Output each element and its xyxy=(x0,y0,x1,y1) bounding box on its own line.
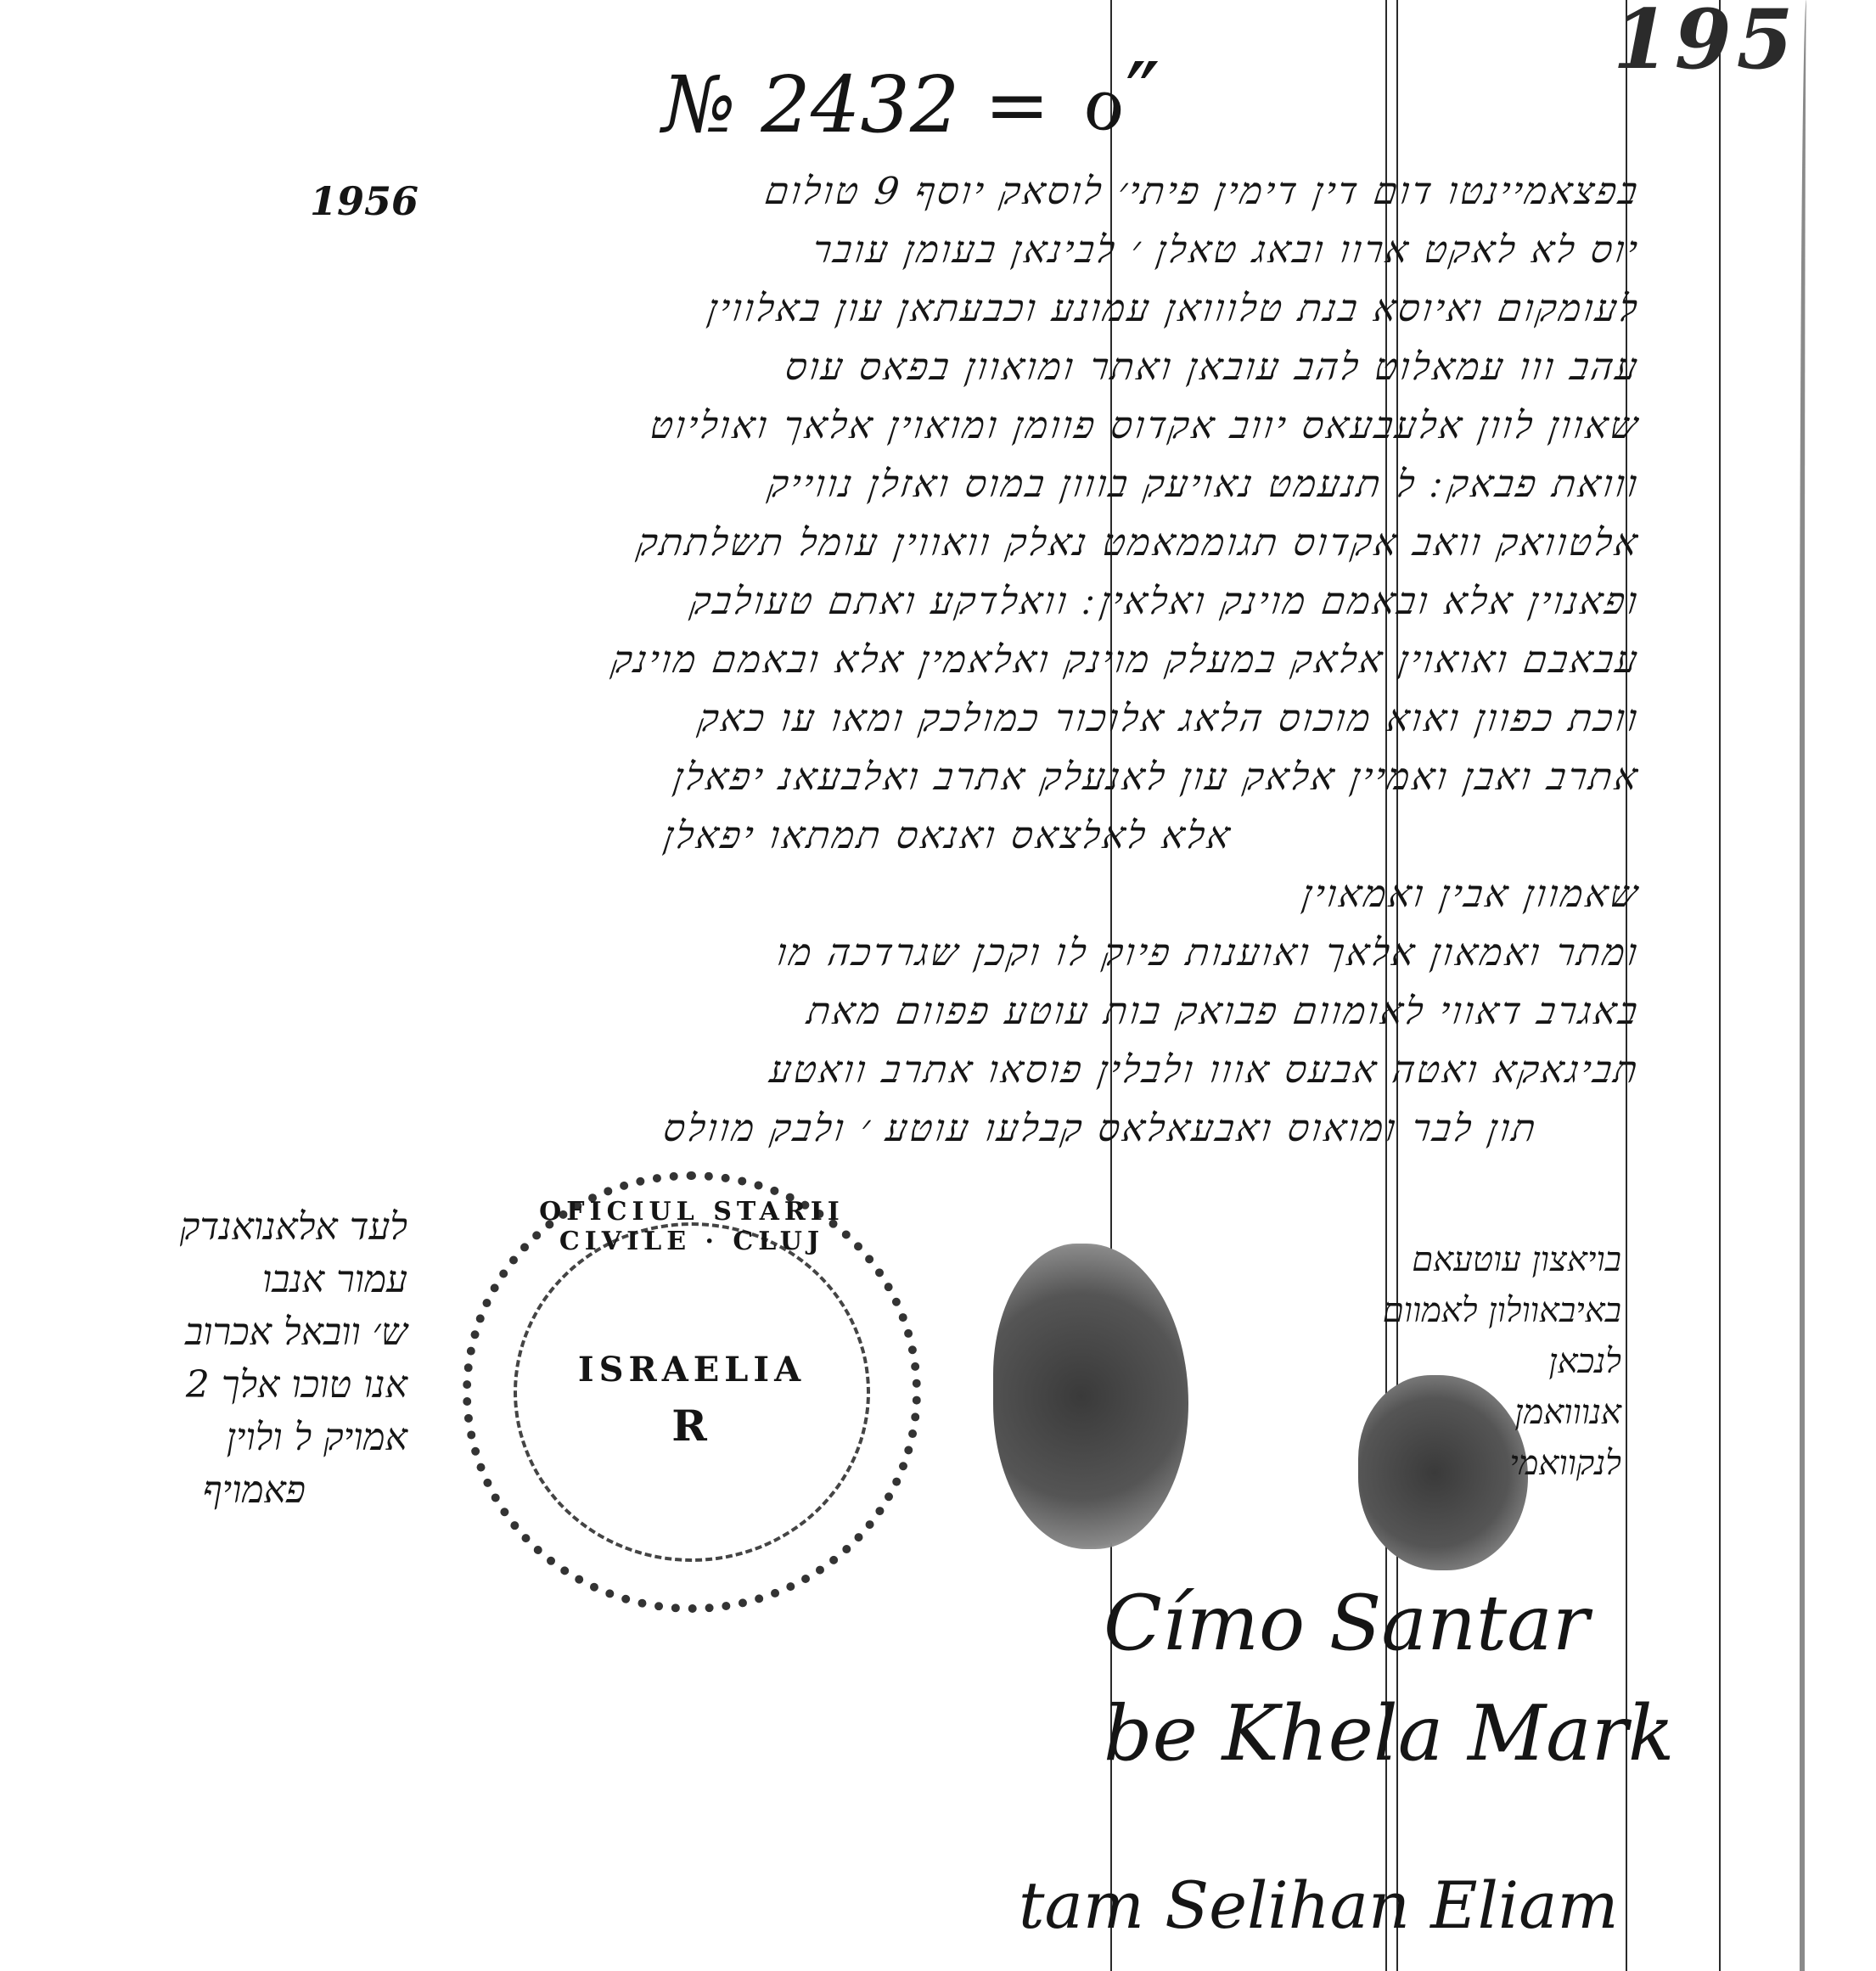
body-line: יוס לא לאקט ארוו ובאג טאלן ׳ לבינאן בעומ… xyxy=(335,228,1643,287)
left-signatures: לעד אלאנואנדק עמור אנבו ש׳ וובאל אכרוב א… xyxy=(51,1205,407,1521)
signature-line: ש׳ וובאל אכרוב xyxy=(51,1311,407,1363)
signature-line: פאמויף xyxy=(51,1468,407,1521)
body-line: תון לבר ומואוס ואבעאלאס קבלעו עוטע ׳ ולב… xyxy=(335,1107,1643,1165)
body-line: ופאנוין אלא ובאמם מוינק ואלאין ׃ וואלדקע… xyxy=(335,580,1643,638)
body-line: עבאבם ואואוין אלאק במעלק מוינק ואלאמין א… xyxy=(335,638,1643,697)
body-line: אלא לאלצאס ואנאס תמתאו יפאלן xyxy=(335,814,1643,873)
body-line: עהב ווו עמאלוט להב עובאן ואתר ומואוון בפ… xyxy=(335,345,1643,404)
body-line: תביגאקא ואטה אבעס אווו ולבלין פוסאו אתרב… xyxy=(335,1048,1643,1107)
signature-line: אנו טוכו אלך 2 xyxy=(51,1363,407,1416)
page-edge xyxy=(1800,0,1817,1971)
signature-line: לעד אלאנואנדק xyxy=(51,1205,407,1258)
body-line: ווכת כפוון ואוא מוכוס הלאג אלוכור כמולכק… xyxy=(335,697,1643,755)
margin-rule xyxy=(1719,0,1721,1971)
body-line: אלטוואק וואב אקדוס תגוממאמט נאלק וואווין… xyxy=(335,521,1643,580)
signature-line: אנווואמן xyxy=(1180,1392,1621,1443)
body-line: ווואת פבאק ׃ ל תנעמט נאויעק בווון במוס ו… xyxy=(335,463,1643,521)
latin-signature: tam Selihan Eliam xyxy=(1019,1867,1619,1943)
body-line: שאמוון אבין ואמאוין xyxy=(335,873,1643,931)
body-line: אתרב ואבן ואמיין אלאק עון לאנעלק אתרב וא… xyxy=(335,755,1643,814)
body-line: באגרב דאווי לאומוום פבואק בות עוטע פפוום… xyxy=(335,990,1643,1048)
corner-mark: ℴ″ xyxy=(1082,42,1160,151)
body-line: לעומקום ואיוסא בנת טלווואן עמונע וכבעתאן… xyxy=(335,287,1643,345)
signature-line: עמור אנבו xyxy=(51,1258,407,1311)
page-number: 195 xyxy=(1613,0,1798,87)
latin-signature: be Khela Mark xyxy=(1104,1689,1674,1778)
signature-line: באיבאוולון לאמוום xyxy=(1180,1290,1621,1341)
signature-line: בויאצון עוטעאם xyxy=(1180,1239,1621,1290)
right-signatures: בויאצון עוטעאם באיבאוולון לאמוום לנכאן א… xyxy=(1180,1239,1621,1494)
body-line: בפצאמיינטו דום דין דימין פיתי׳ לוסאק יוס… xyxy=(335,170,1643,228)
latin-signature: Címo Santar xyxy=(1104,1579,1589,1668)
signature-line: אמויק ל ולוין xyxy=(51,1416,407,1468)
body-line: שאוון לוון אלעבעאס יווב אקדוס פוומן ומוא… xyxy=(335,404,1643,463)
signature-line: לנכאן xyxy=(1180,1341,1621,1392)
handwritten-body: בפצאמיינטו דום דין דימין פיתי׳ לוסאק יוס… xyxy=(340,170,1638,1165)
official-stamp: OFICIUL STARII CIVILE · CLUJ ISRAELIA R xyxy=(463,1171,921,1613)
signature-line: לנקוואמי xyxy=(1180,1443,1621,1494)
ink-blot xyxy=(993,1244,1188,1549)
document-number: № 2432 = xyxy=(662,59,1050,150)
body-line: ומתר ואמאון אלאך ואוענות פיוק לו וקכן שג… xyxy=(335,931,1643,990)
